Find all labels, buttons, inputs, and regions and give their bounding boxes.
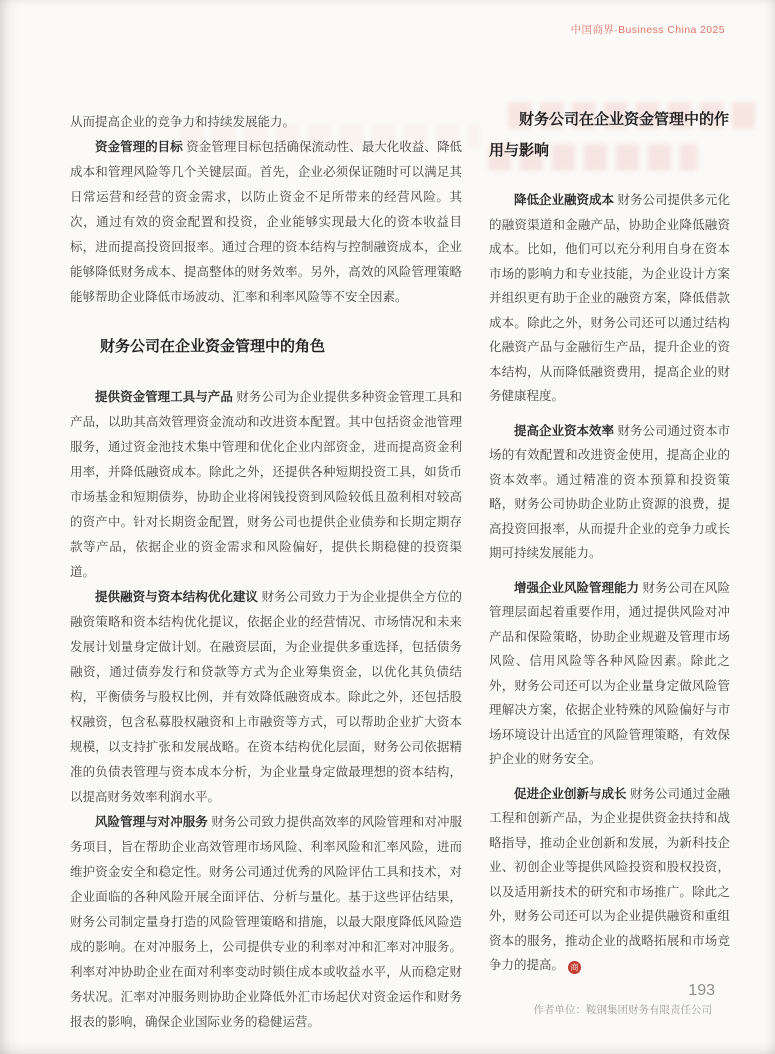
paragraph-lead: 促进企业创新与成长 xyxy=(514,787,630,801)
body-paragraph: 提供融资与资本结构优化建议 财务公司致力于为企业提供全方位的融资策略和资本结构优… xyxy=(70,585,462,810)
paragraph-lead: 提供融资与资本结构优化建议 xyxy=(95,590,261,604)
left-section-heading: 财务公司在企业资金管理中的角色 xyxy=(70,334,462,359)
body-paragraph: 资金管理的目标 资金管理目标包括确保流动性、最大化收益、降低成本和管理风险等几个… xyxy=(70,135,462,310)
paragraph-lead: 风险管理与对冲服务 xyxy=(95,815,211,829)
body-paragraph: 提供资金管理工具与产品 财务公司为企业提供多种资金管理工具和产品，以助其高效管理… xyxy=(70,385,462,585)
body-paragraph: 降低企业融资成本 财务公司提供多元化的融资渠道和金融产品，协助企业降低融资成本。… xyxy=(489,188,730,409)
left-intro-paragraphs: 从而提高企业的竞争力和持续发展能力。资金管理的目标 资金管理目标包括确保流动性、… xyxy=(70,110,462,310)
paragraph-lead: 提高企业资本效率 xyxy=(514,424,617,438)
body-paragraph: 风险管理与对冲服务 财务公司致力提供高效率的风险管理和对冲服务项目，旨在帮助企业… xyxy=(70,810,462,1035)
author-line: 作者单位：鞍钢集团财务有限责任公司 xyxy=(489,998,730,1023)
paragraph-lead: 资金管理的目标 xyxy=(95,140,186,154)
page-number: 193 xyxy=(688,982,715,1000)
left-paragraphs: 提供资金管理工具与产品 财务公司为企业提供多种资金管理工具和产品，以助其高效管理… xyxy=(70,385,462,1035)
body-paragraph: 提高企业资本效率 财务公司通过资本市场的有效配置和改进资金使用，提高企业的资本效… xyxy=(489,419,730,566)
right-column: 财务公司在企业资金管理中的作用与影响 降低企业融资成本 财务公司提供多元化的融资… xyxy=(489,104,730,1022)
paragraph-lead: 降低企业融资成本 xyxy=(514,193,617,207)
paragraph-lead: 增强企业风险管理能力 xyxy=(514,581,642,595)
body-paragraph: 促进企业创新与成长 财务公司通过金融工程和创新产品，为企业提供资金扶持和战略指导… xyxy=(489,782,730,978)
body-paragraph: 从而提高企业的竞争力和持续发展能力。 xyxy=(70,110,462,135)
left-column: 从而提高企业的竞争力和持续发展能力。资金管理的目标 资金管理目标包括确保流动性、… xyxy=(70,110,462,1035)
body-paragraph: 增强企业风险管理能力 财务公司在风险管理层面起着重要作用，通过提供风险对冲产品和… xyxy=(489,576,730,772)
magazine-page: 中国商界·Business China 2025 从而提高企业的竞争力和持续发展… xyxy=(0,0,775,1054)
right-paragraphs: 降低企业融资成本 财务公司提供多元化的融资渠道和金融产品，协助企业降低融资成本。… xyxy=(489,188,730,978)
article-end-icon: 商 xyxy=(568,961,581,974)
right-section-heading: 财务公司在企业资金管理中的作用与影响 xyxy=(489,104,730,166)
paragraph-lead: 提供资金管理工具与产品 xyxy=(95,390,236,404)
journal-header: 中国商界·Business China 2025 xyxy=(571,22,725,37)
